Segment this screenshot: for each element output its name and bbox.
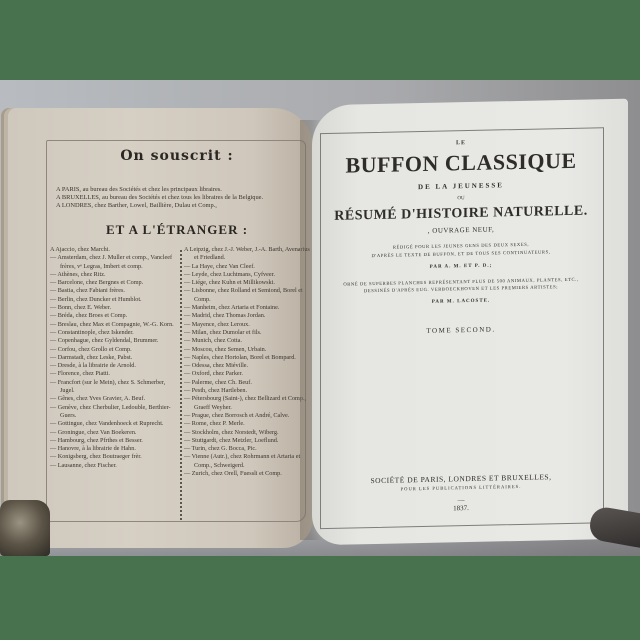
page-clip-left bbox=[0, 500, 50, 556]
city-entry: A Leipzig, chez J.-J. Weber, J.-A. Barth… bbox=[184, 246, 314, 263]
city-entry: — Hanovre, à la librairie de Hahn. bbox=[50, 445, 180, 453]
city-entry: — Florence, chez Piatti. bbox=[50, 370, 180, 378]
left-page: On souscrit : A PARIS, au bureau des Soc… bbox=[8, 108, 313, 548]
city-entry: — Francfort (sur le Mein), chez S. Schme… bbox=[50, 379, 180, 396]
city-entry: — Milan, chez Dumolar et fils. bbox=[184, 329, 314, 337]
city-entry: — Palerme, chez Ch. Beuf. bbox=[184, 379, 314, 387]
city-entry: — Gênes, chez Yves Gravier, A. Beuf. bbox=[50, 395, 180, 403]
city-entry: — Breslau, chez Max et Compagnie, W.-G. … bbox=[50, 321, 180, 329]
city-entry: — Barcelone, chez Bergnes et Comp. bbox=[50, 279, 180, 287]
foreign-column-left: A Ajaccio, chez Marchi.— Amsterdam, chez… bbox=[50, 246, 180, 470]
book-photo: On souscrit : A PARIS, au bureau des Soc… bbox=[0, 80, 640, 556]
city-entry: — Amsterdam, chez J. Muller et comp., Va… bbox=[50, 254, 180, 271]
city-entry: — Athènes, chez Ritz. bbox=[50, 271, 180, 279]
city-entry: — Pesth, chez Hartleben. bbox=[184, 387, 314, 395]
souscrit-heading: On souscrit : bbox=[48, 148, 306, 164]
city-entry: — Munich, chez Cotta. bbox=[184, 337, 314, 345]
city-entry: — Lisbonne, chez Rolland et Semiond, Bor… bbox=[184, 287, 314, 304]
city-entry: — Stuttgardt, chez Metzler, Loeflund. bbox=[184, 437, 314, 445]
city-entry: — Hambourg, chez Pfrthes et Besser. bbox=[50, 437, 180, 445]
city-entry: — Manheim, chez Artaria et Fontaine. bbox=[184, 304, 314, 312]
city-entry: — Copenhague, chez Gyldendal, Brummer. bbox=[50, 337, 180, 345]
city-entry: — Odessa, chez Miéville. bbox=[184, 362, 314, 370]
city-entry: — Bonn, chez E. Weber. bbox=[50, 304, 180, 312]
city-entry: — Madrid, chez Thomas Jordan. bbox=[184, 312, 314, 320]
domestic-line: A BRUXELLES, au bureau des Sociétés et c… bbox=[56, 194, 318, 202]
city-entry: — Leyde, chez Luchtmans, Cyfveer. bbox=[184, 271, 314, 279]
domestic-line: A LONDRES, chez Barther, Lowel, Baillièr… bbox=[56, 202, 318, 210]
city-entry: — Groningue, chez Van Boekeren. bbox=[50, 429, 180, 437]
city-entry: — Zurich, chez Orell, Fuessli et Comp. bbox=[184, 470, 314, 478]
city-entry: — Liége, chez Kuhn et Millikowski. bbox=[184, 279, 314, 287]
city-entry: — Berlin, chez Duncker et Humblot. bbox=[50, 296, 180, 304]
city-entry: — Bastia, chez Fabiani frères. bbox=[50, 287, 180, 295]
city-entry: — Prague, chez Borrosch et André, Calve. bbox=[184, 412, 314, 420]
city-entry: — Moscou, chez Semen, Urbain. bbox=[184, 346, 314, 354]
city-entry: — Dresde, à la librairie de Arnold. bbox=[50, 362, 180, 370]
domestic-line: A PARIS, au bureau des Sociétés et chez … bbox=[56, 186, 318, 194]
city-entry: — Konigsberg, chez Boutraeger frèr. bbox=[50, 453, 180, 461]
city-entry: — Naples, chez Hortolan, Borel et Bompar… bbox=[184, 354, 314, 362]
foreign-column-right: A Leipzig, chez J.-J. Weber, J.-A. Barth… bbox=[184, 246, 314, 478]
city-entry: — Vienne (Autr.), chez Rohrmann et Artar… bbox=[184, 453, 314, 470]
city-entry: — Oxford, chez Parker. bbox=[184, 370, 314, 378]
city-entry: — Pétersbourg (Saint-), chez Bellizard e… bbox=[184, 395, 314, 412]
city-entry: — Mayence, chez Leroux. bbox=[184, 321, 314, 329]
domestic-list: A PARIS, au bureau des Sociétés et chez … bbox=[56, 186, 318, 210]
title-page: LE BUFFON CLASSIQUE DE LA JEUNESSE OU RÉ… bbox=[312, 99, 628, 546]
city-entry: — Darmstadt, chez Leske, Pabst. bbox=[50, 354, 180, 362]
city-entry: A Ajaccio, chez Marchi. bbox=[50, 246, 180, 254]
city-entry: — Stockholm, chez Norstedt, Wiberg. bbox=[184, 429, 314, 437]
city-entry: — Constantinople, chez Iskender. bbox=[50, 329, 180, 337]
city-entry: — La Haye, chez Van Cleef. bbox=[184, 263, 314, 271]
city-entry: — Lausanne, chez Fischer. bbox=[50, 462, 180, 470]
city-entry: — Turin, chez G. Bocca, Pic. bbox=[184, 445, 314, 453]
foreign-heading: ET A L'ÉTRANGER : bbox=[48, 222, 306, 238]
city-entry: — Rome, chez P. Merle. bbox=[184, 420, 314, 428]
city-entry: — Bréda, chez Broes et Comp. bbox=[50, 312, 180, 320]
city-entry: — Corfou, chez Grollo et Comp. bbox=[50, 346, 180, 354]
city-entry: — Genève, chez Cherbulier, Ledouble, Ber… bbox=[50, 404, 180, 421]
city-entry: — Gottingue, chez Vandenhoeck et Ruprech… bbox=[50, 420, 180, 428]
